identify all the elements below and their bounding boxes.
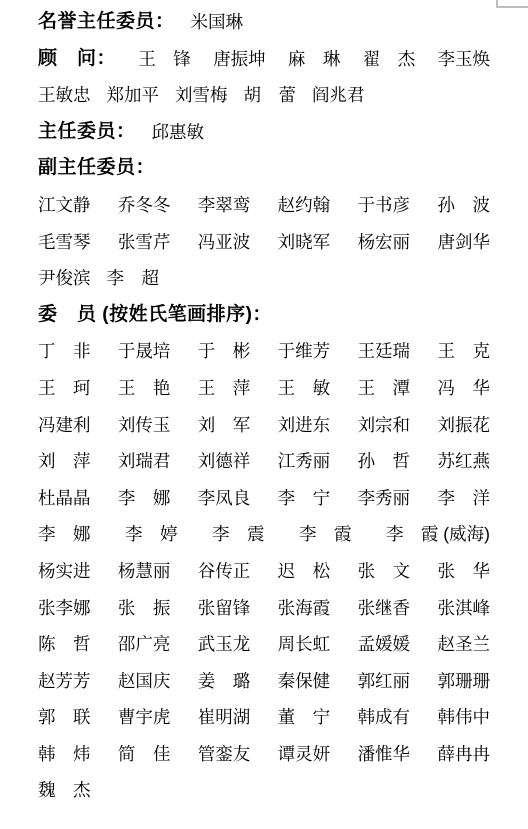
- person-name: 李 娜: [118, 480, 171, 517]
- person-name: 于 彬: [198, 333, 251, 370]
- deputy-directors-row-1: 江文静乔冬冬李翠鸾赵约翰于书彦孙 波: [38, 187, 490, 224]
- person-name: 李 超: [107, 260, 160, 297]
- person-name: 唐剑华: [437, 224, 490, 261]
- person-name: 崔明湖: [198, 699, 251, 736]
- members-row-10: 赵芳芳赵国庆姜 璐秦保健郭红丽郭珊珊: [38, 663, 490, 700]
- person-name: 刘 萍: [38, 443, 91, 480]
- deputy-directors-label-line: 副主任委员：: [38, 150, 490, 187]
- person-name: 孟媛媛: [358, 626, 411, 663]
- person-name: 杨实进: [38, 553, 91, 590]
- members-row-11: 郭 联曹宇虎崔明湖董 宁韩成有韩伟中: [38, 699, 490, 736]
- person-name: 迟 松: [278, 553, 331, 590]
- members-row-5: 杜晶晶李 娜李凤良李 宁李秀丽李 洋: [38, 480, 490, 517]
- person-name: 王 克: [437, 333, 490, 370]
- person-name: 乔冬冬: [118, 187, 171, 224]
- section-label: 委 员 (按姓氏笔画排序)：: [38, 297, 272, 334]
- person-name: 张 振: [118, 590, 171, 627]
- person-name: 王 锋: [138, 41, 191, 78]
- person-name: 王 潭: [358, 370, 411, 407]
- person-name: 王 萍: [198, 370, 251, 407]
- person-name: 李 婷: [125, 516, 178, 553]
- person-name: 李 霞 (威海): [386, 516, 490, 553]
- members-row-8: 张李娜张 振张留锋张海霞张继香张淇峰: [38, 590, 490, 627]
- person-name: 武玉龙: [198, 626, 251, 663]
- person-name: 张海霞: [278, 590, 331, 627]
- members-row-3: 冯建利刘传玉刘 军刘进东刘宗和刘振花: [38, 407, 490, 444]
- person-name: 李凤良: [198, 480, 251, 517]
- person-name: 董 宁: [278, 699, 331, 736]
- person-name: 江文静: [38, 187, 91, 224]
- person-name: 杨慧丽: [118, 553, 171, 590]
- person-name: 赵芳芳: [38, 663, 91, 700]
- document-body: 名誉主任委员：米国琳顾 问：王 锋唐振坤麻 琳翟 杰李玉焕王敏忠郑加平刘雪梅胡 …: [38, 4, 490, 809]
- honorary-director-line: 名誉主任委员：米国琳: [38, 4, 490, 41]
- person-name: 李 娜: [38, 516, 91, 553]
- person-name: 杜晶晶: [38, 480, 91, 517]
- members-label-line: 委 员 (按姓氏笔画排序)：: [38, 297, 490, 334]
- person-name: 王敏忠: [38, 77, 91, 114]
- person-name: 潘惟华: [358, 736, 411, 773]
- person-name: 邵广亮: [118, 626, 171, 663]
- person-name: 于晟培: [118, 333, 171, 370]
- members-row-4: 刘 萍刘瑞君刘德祥江秀丽孙 哲苏红燕: [38, 443, 490, 480]
- director-line: 主任委员：邱惠敏: [38, 114, 490, 151]
- section-label: 顾 问：: [38, 41, 116, 78]
- person-name: 韩 炜: [38, 736, 91, 773]
- person-name: 张继香: [358, 590, 411, 627]
- person-name: 翟 杰: [363, 41, 416, 78]
- person-name: 姜 璐: [198, 663, 251, 700]
- person-name: 李翠鸾: [198, 187, 251, 224]
- person-name: 张 华: [437, 553, 490, 590]
- person-name: 薛冉冉: [437, 736, 490, 773]
- person-name: 陈 哲: [38, 626, 91, 663]
- deputy-directors-row-2: 毛雪琴张雪芹冯亚波刘晓军杨宏丽唐剑华: [38, 224, 490, 261]
- person-name: 郑加平: [107, 77, 160, 114]
- person-name: 于书彦: [358, 187, 411, 224]
- person-name: 唐振坤: [213, 41, 266, 78]
- person-name: 丁 非: [38, 333, 91, 370]
- members-row-1: 丁 非于晟培于 彬于维芳王廷瑞王 克: [38, 333, 490, 370]
- members-row-13: 魏 杰: [38, 772, 490, 809]
- person-name: 胡 蕾: [244, 77, 297, 114]
- person-name: 郭珊珊: [437, 663, 490, 700]
- members-row-9: 陈 哲邵广亮武玉龙周长虹孟媛媛赵圣兰: [38, 626, 490, 663]
- person-name: 谷传正: [198, 553, 251, 590]
- person-name: 阎兆君: [312, 77, 365, 114]
- person-name: 简 佳: [118, 736, 171, 773]
- person-name: 刘雪梅: [175, 77, 228, 114]
- person-name: 张淇峰: [437, 590, 490, 627]
- deputy-directors-row-3: 尹俊滨李 超: [38, 260, 490, 297]
- person-name: 周长虹: [278, 626, 331, 663]
- person-name: 刘宗和: [358, 407, 411, 444]
- person-name: 李 宁: [278, 480, 331, 517]
- person-name: 李 霞: [299, 516, 352, 553]
- person-name: 魏 杰: [38, 772, 91, 809]
- person-name: 张留锋: [198, 590, 251, 627]
- person-name: 刘进东: [278, 407, 331, 444]
- person-name: 邱惠敏: [152, 114, 205, 151]
- person-name: 郭 联: [38, 699, 91, 736]
- person-name: 赵国庆: [118, 663, 171, 700]
- person-name: 孙 波: [437, 187, 490, 224]
- person-name: 刘振花: [437, 407, 490, 444]
- window-corner-fragment: [496, 0, 528, 8]
- person-name: 李玉焕: [438, 41, 491, 78]
- members-row-12: 韩 炜简 佳管銮友谭灵妍潘惟华薛冉冉: [38, 736, 490, 773]
- person-name: 尹俊滨: [38, 260, 91, 297]
- person-name: 李秀丽: [358, 480, 411, 517]
- person-name: 苏红燕: [437, 443, 490, 480]
- members-row-7: 杨实进杨慧丽谷传正迟 松张 文张 华: [38, 553, 490, 590]
- person-name: 刘 军: [198, 407, 251, 444]
- person-name: 张李娜: [38, 590, 91, 627]
- person-name: 米国琳: [191, 4, 244, 41]
- person-name: 王 敏: [278, 370, 331, 407]
- person-name: 麻 琳: [288, 41, 341, 78]
- advisors-line-1: 顾 问：王 锋唐振坤麻 琳翟 杰李玉焕: [38, 41, 490, 78]
- person-name: 刘德祥: [198, 443, 251, 480]
- person-name: 刘晓军: [278, 224, 331, 261]
- person-name: 韩伟中: [437, 699, 490, 736]
- person-name: 冯 华: [437, 370, 490, 407]
- person-name: 张 文: [358, 553, 411, 590]
- person-name: 李 震: [212, 516, 265, 553]
- document-page: 名誉主任委员：米国琳顾 问：王 锋唐振坤麻 琳翟 杰李玉焕王敏忠郑加平刘雪梅胡 …: [0, 0, 528, 829]
- person-name: 张雪芹: [118, 224, 171, 261]
- person-name: 郭红丽: [358, 663, 411, 700]
- section-label: 副主任委员：: [38, 150, 155, 187]
- person-name: 谭灵妍: [278, 736, 331, 773]
- person-name: 于维芳: [278, 333, 331, 370]
- advisors-line-2: 王敏忠郑加平刘雪梅胡 蕾阎兆君: [38, 77, 490, 114]
- person-name: 管銮友: [198, 736, 251, 773]
- person-name: 赵约翰: [278, 187, 331, 224]
- person-name: 孙 哲: [358, 443, 411, 480]
- person-name: 冯建利: [38, 407, 91, 444]
- person-name: 冯亚波: [198, 224, 251, 261]
- person-name: 李 洋: [437, 480, 490, 517]
- person-name: 毛雪琴: [38, 224, 91, 261]
- section-label: 名誉主任委员：: [38, 4, 175, 41]
- members-row-2: 王 珂王 艳王 萍王 敏王 潭冯 华: [38, 370, 490, 407]
- person-name: 刘传玉: [118, 407, 171, 444]
- person-name: 江秀丽: [278, 443, 331, 480]
- person-name: 秦保健: [278, 663, 331, 700]
- person-name: 韩成有: [358, 699, 411, 736]
- person-name: 王廷瑞: [358, 333, 411, 370]
- person-name: 王 珂: [38, 370, 91, 407]
- person-name: 刘瑞君: [118, 443, 171, 480]
- section-label: 主任委员：: [38, 114, 136, 151]
- person-name: 赵圣兰: [437, 626, 490, 663]
- members-row-6: 李 娜李 婷李 震李 霞李 霞 (威海): [38, 516, 490, 553]
- person-name: 杨宏丽: [358, 224, 411, 261]
- person-name: 曹宇虎: [118, 699, 171, 736]
- person-name: 王 艳: [118, 370, 171, 407]
